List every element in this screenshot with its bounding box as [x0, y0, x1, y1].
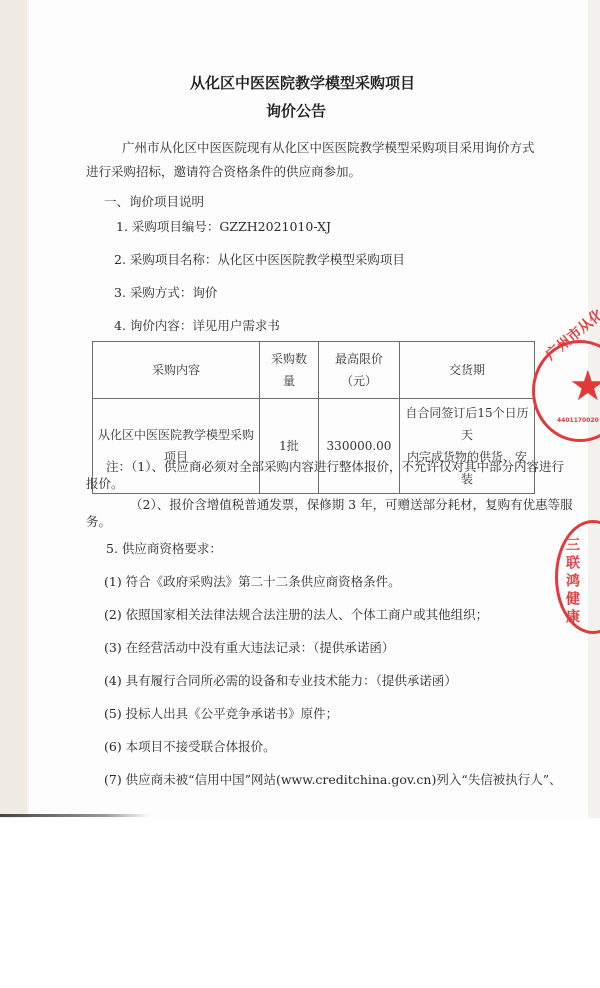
section5-heading: 5. 供应商资格要求： — [106, 539, 222, 557]
star-icon: ★ — [569, 365, 600, 407]
cell-quantity: 1批 — [260, 399, 319, 494]
note1-line1: 注：（1）、供应商必须对全部采购内容进行整体报价，不允许仅对其中部分内容进行 — [106, 457, 564, 475]
company-seal-stamp: 三联鸿健康 — [555, 520, 600, 634]
page-bottom-shadow — [0, 814, 150, 817]
requirement-5: (5) 投标人出具《公平竞争承诺书》原件； — [104, 704, 338, 722]
header-quantity: 采购数量 — [260, 342, 319, 399]
note2-line1: （2）、报价含增值税普通发票，保修期 3 年，可赠送部分耗材，复购有优惠等服 — [130, 495, 573, 513]
item-procurement-method: 3. 采购方式：询价 — [114, 283, 217, 301]
document-subtitle: 询价公告 — [266, 100, 326, 121]
table-row: 从化区中医医院教学模型采购项目 1批 330000.00 自合同签订后15个日历… — [93, 399, 535, 494]
header-content: 采购内容 — [93, 342, 260, 399]
requirement-6: (6) 本项目不接受联合体报价。 — [104, 737, 276, 755]
item-inquiry-content: 4. 询价内容：详见用户需求书 — [114, 316, 280, 334]
document-title: 从化区中医医院教学模型采购项目 — [190, 72, 415, 93]
scanned-page: 从化区中医医院教学模型采购项目 询价公告 广州市从化区中医医院现有从化区中医医院… — [0, 0, 600, 818]
scan-margin-edge — [27, 0, 29, 818]
requirement-3: (3) 在经营活动中没有重大违法记录：（提供承诺函） — [104, 638, 394, 656]
requirement-2: (2) 依照国家相关法律法规合法注册的法人、个体工商户或其他组织； — [104, 605, 488, 623]
cell-delivery: 自合同签订后15个日历天内完成货物的供货、安装 — [400, 399, 535, 494]
note2-line2: 务。 — [86, 512, 111, 530]
item-project-name: 2. 采购项目名称：从化区中医医院教学模型采购项目 — [114, 250, 405, 268]
requirement-1: (1) 符合《政府采购法》第二十二条供应商资格条件。 — [104, 572, 401, 590]
intro-paragraph-line2: 进行采购招标，邀请符合资格条件的供应商参加。 — [86, 162, 361, 180]
stamp-number: 4401170020 — [557, 417, 599, 424]
table-header-row: 采购内容 采购数量 最高限价（元） 交货期 — [93, 342, 535, 399]
official-seal-stamp: 广州市从化 ★ 4401170020 — [532, 340, 600, 442]
requirement-4: (4) 具有履行合同所必需的设备和专业技术能力：（提供承诺函） — [104, 671, 457, 689]
stamp-text: 三联鸿健康 — [562, 537, 582, 627]
scan-margin-strip — [0, 0, 27, 818]
header-delivery: 交货期 — [400, 342, 535, 399]
item-project-number: 1. 采购项目编号：GZZH2021010-XJ — [116, 217, 331, 235]
note1-line2: 报价。 — [86, 474, 124, 492]
requirement-7: (7) 供应商未被“信用中国”网站(www.creditchina.gov.cn… — [104, 770, 562, 788]
header-max-price: 最高限价（元） — [319, 342, 400, 399]
section1-heading: 一、询价项目说明 — [104, 192, 204, 210]
cell-max-price: 330000.00 — [319, 399, 400, 494]
intro-paragraph-line1: 广州市从化区中医医院现有从化区中医医院教学模型采购项目采用询价方式 — [122, 138, 535, 156]
